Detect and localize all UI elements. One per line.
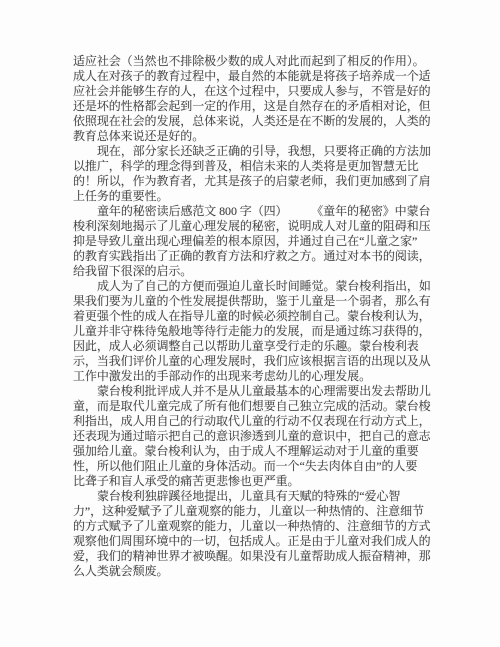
- text-line: 的教育实践指出了正确的教育方法和疗救之方。通过对本书的阅读，: [73, 249, 437, 264]
- text-line: 的！所以，作为教育者，尤其是孩子的启蒙老师，我们更加感到了肩: [73, 174, 437, 189]
- text-line: 成人在对孩子的教育过程中，最自然的本能就是将孩子培养成一个适: [73, 69, 437, 84]
- text-line: 应社会并能够生存的人，在这个过程中，只要成人参与，不管是好的: [73, 84, 437, 99]
- text-line: 给我留下很深的启示。: [73, 264, 437, 279]
- text-line: 工作中激发出的手部动作的出现来考虑幼儿的心理发展。: [73, 369, 437, 384]
- text-line: 的方式赋予了儿童观察的能力，儿童以一种热情的、注意细节的方式: [73, 519, 437, 534]
- text-line: 强加给儿童。蒙台梭利认为，由于成人不理解运动对于儿童的重要: [73, 444, 437, 459]
- text-line: 现在，部分家长还缺乏正确的引导，我想，只要将正确的方法加: [73, 144, 437, 159]
- text-line: 儿童并非守株待兔般地等待行走能力的发展，而是通过练习获得的，: [73, 324, 437, 339]
- text-line: 性，所以他们阻止儿童的身体活动。而一个“失去肉体自由”的人要: [73, 459, 437, 474]
- text-line: 适应社会（当然也不排除极少数的成人对此而起到了相反的作用）。: [73, 54, 437, 69]
- text-line: 童，而是取代儿童完成了所有他们想要自己独立完成的活动。蒙台梭: [73, 399, 437, 414]
- text-line: 还是坏的性格都会起到一定的作用，这是自然存在的矛盾相对论，但: [73, 99, 437, 114]
- text-line: 还表现为通过暗示把自己的意识渗透到儿童的意识中，把自己的意志: [73, 429, 437, 444]
- text-line: 抑是导致儿童出现心理偏差的根本原因，并通过自己在“儿童之家”: [73, 234, 437, 249]
- text-line: 力”，这种爱赋予了儿童观察的能力，儿童以一种热情的、注意细节: [73, 504, 437, 519]
- text-line: 童年的秘密读后感范文 800 字（四） 《童年的秘密》中蒙台: [73, 204, 437, 219]
- text-line: 上任务的重要性。: [73, 189, 437, 204]
- text-line: 示，当我们评价儿童的心理发展时，我们应该根据言语的出现以及从: [73, 354, 437, 369]
- text-line: 教育总体来说还是好的。: [73, 129, 437, 144]
- text-line: 成人为了自己的方便而强迫儿童长时间睡觉。蒙台梭利指出，如: [73, 279, 437, 294]
- document-page: { "page": { "background_color": "#fdfdfd…: [0, 0, 500, 647]
- text-line: 以推广，科学的理念得到普及，相信未来的人类将是更加智慧无比: [73, 159, 437, 174]
- text-line: 观察他们周围环境中的一切，包括成人。正是由于儿童对我们成人的: [73, 534, 437, 549]
- text-block: 适应社会（当然也不排除极少数的成人对此而起到了相反的作用）。成人在对孩子的教育过…: [73, 54, 437, 579]
- text-line: 蒙台梭利独辟蹊径地提出，儿童具有天赋的特殊的“爱心智: [73, 489, 437, 504]
- text-line: 利指出，成人用自己的行动取代儿童的行动不仅表现在行动方式上，: [73, 414, 437, 429]
- text-line: 依照现在社会的发展，总体来说，人类还是在不断的发展的，人类的: [73, 114, 437, 129]
- text-line: 么人类就会颓废。: [73, 564, 437, 579]
- text-line: 因此，成人必须调整自己以帮助儿童享受行走的乐趣。蒙台梭利表: [73, 339, 437, 354]
- text-line: 爱，我们的精神世界才被唤醒。如果没有儿童帮助成人振奋精神，那: [73, 549, 437, 564]
- document-body: 适应社会（当然也不排除极少数的成人对此而起到了相反的作用）。成人在对孩子的教育过…: [0, 0, 500, 647]
- text-line: 蒙台梭利批评成人并不是从儿童最基本的心理需要出发去帮助儿: [73, 384, 437, 399]
- text-line: 比聋子和盲人承受的痛苦更悲惨也更严重。: [73, 474, 437, 489]
- text-line: 梭利深刻地揭示了儿童心理发展的秘密，说明成人对儿童的阻碍和压: [73, 219, 437, 234]
- text-line: 着更强个性的成人在指导儿童的时候必须控制自己。蒙台梭利认为，: [73, 309, 437, 324]
- text-line: 果我们要为儿童的个性发展提供帮助，鉴于儿童是一个弱者，那么有: [73, 294, 437, 309]
